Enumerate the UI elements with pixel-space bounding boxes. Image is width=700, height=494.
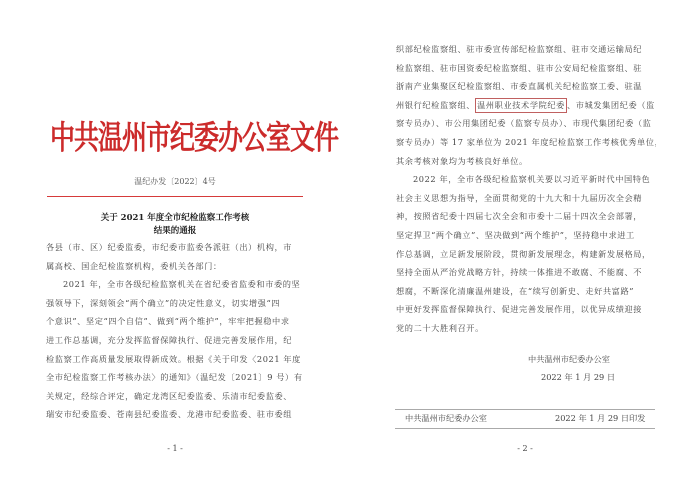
signature-organization: 中共温州市纪委办公室 [528,354,610,365]
signature-date: 2022 年 1 月 29 日 [541,372,615,383]
highlighted-unit-name: 温州职业技术学院纪委 [475,98,567,113]
body-line: 个意识”、坚定“四个自信”、做到“两个维护”，牢牢把握稳中求 [46,312,306,331]
red-divider-line [47,196,303,197]
body-line: 社会主义思想为指导，全面贯彻党的十九大和十九届历次全会精 [396,189,656,208]
body-line: 属高校、国企纪检监察机构，委机关各部门： [46,257,306,276]
body-line: 检监察工作高质量发展取得新成效。根据《关于印发〈2021 年度 [46,350,306,369]
body-line: 各县（市、区）纪委监委，市纪委市监委各派驻（出）机构，市 [46,238,306,257]
notice-title-line-2: 结果的通报 [0,224,350,236]
body-line: 全市纪检监察工作考核办法〉的通知》（温纪发〔2021〕9 号）有 [46,368,306,387]
body-line: 中更好发挥监督保障执行、促进完善发展作用，以优异成绩迎接 [396,300,656,319]
body-line: 坚定捍卫“两个确立”、坚决做到“两个维护”，坚持稳中求进工 [396,226,656,245]
body-text-segment: 州银行纪检监察组、 [396,100,475,110]
body-line: 2021 年，全市各级纪检监察机关在省纪委省监委和市委的坚 [46,275,306,294]
red-header-title: 中共温州市纪委办公室文件 [50,112,300,159]
body-line: 坚持全面从严治党战略方针，持续一体推进不敢腐、不能腐、不 [396,263,656,282]
footer-organization: 中共温州市纪委办公室 [405,413,487,424]
body-line: 神，按照省纪委十四届七次全会和市委十二届十四次全会部署， [396,207,656,226]
footer-top-rule [395,409,655,410]
body-line: 2022 年，全市各级纪检监察机关要以习近平新时代中国特色 [396,170,656,189]
body-line: 检监察组、驻市国资委纪检监察组、驻市公安局纪检监察组、驻 [396,59,656,78]
body-text-segment: 、市城发集团纪委（监 [567,100,655,110]
body-line-with-highlight: 州银行纪检监察组、温州职业技术学院纪委、市城发集团纪委（监 [396,96,656,115]
document-page-2: 织部纪检监察组、驻市委宣传部纪检监察组、驻市交通运输局纪 检监察组、驻市国资委纪… [350,0,700,494]
document-page-1: 中共温州市纪委办公室文件 温纪办发〔2022〕4号 关于 2021 年度全市纪检… [0,0,350,494]
body-line: 察专员办）等 17 家单位为 2021 年度纪检监察工作考核优秀单位， [396,133,656,152]
document-number: 温纪办发〔2022〕4号 [0,176,350,187]
body-line: 强领导下，深刻领会“两个确立”的决定性意义，切实增强“四 [46,294,306,313]
body-line: 浙南产业集聚区纪检监察组、市委直属机关纪检监察工委、驻温 [396,77,656,96]
body-line: 党的二十大胜利召开。 [396,319,656,338]
body-line: 织部纪检监察组、驻市委宣传部纪检监察组、驻市交通运输局纪 [396,40,656,59]
page-number: - 2 - [350,444,700,453]
body-line: 瑞安市纪委监委、苍南县纪委监委、龙港市纪委监委、驻市委组 [46,405,306,424]
page-2-body: 织部纪检监察组、驻市委宣传部纪检监察组、驻市交通运输局纪 检监察组、驻市国资委纪… [396,40,656,338]
body-line: 作总基调，立足新发展阶段，贯彻新发展理念，构建新发展格局， [396,245,656,264]
page-1-body: 各县（市、区）纪委监委，市纪委市监委各派驻（出）机构，市 属高校、国企纪检监察机… [46,238,306,424]
footer-bottom-rule [395,428,655,429]
body-line: 关规定，经综合评定，确定龙湾区纪委监委、乐清市纪委监委、 [46,387,306,406]
footer-issue-date: 2022 年 1 月 29 日印发 [555,413,645,424]
body-line: 察专员办）、市公用集团纪委（监察专员办）、市现代集团纪委（监 [396,114,656,133]
notice-title-line-1: 关于 2021 年度全市纪检监察工作考核 [0,211,350,223]
body-line: 想腐，不断深化清廉温州建设，在“续写创新史、走好共富路” [396,282,656,301]
body-line: 进工作总基调，充分发挥监督保障执行、促进完善发展作用，纪 [46,331,306,350]
body-line: 其余考核对象均为考核良好单位。 [396,152,656,171]
page-number: - 1 - [0,444,350,453]
